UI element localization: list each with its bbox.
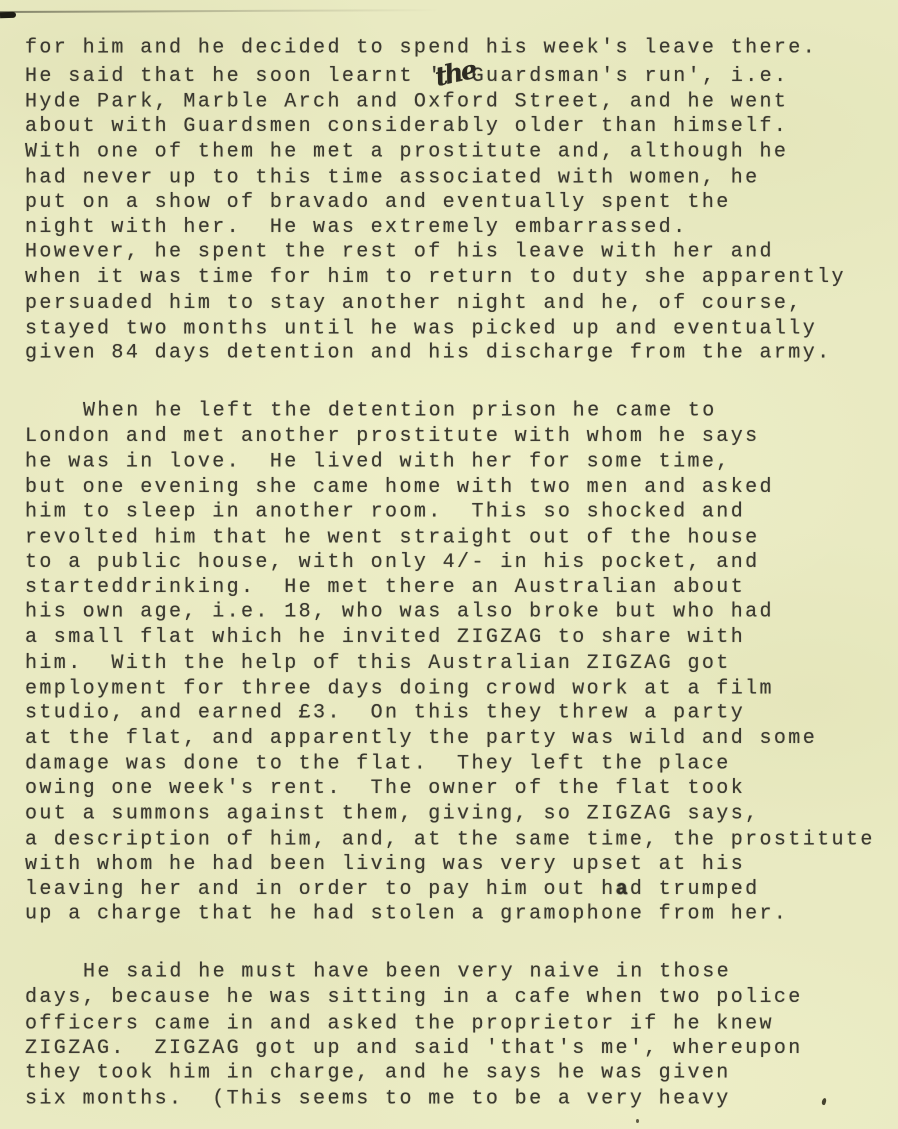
text-line: a description of him, and, at the same t…: [25, 827, 885, 852]
scan-edge-mark: [0, 12, 16, 19]
text-line: out a summons against them, giving, so Z…: [25, 801, 885, 826]
handwritten-insertion: the: [433, 58, 477, 91]
typewritten-text: with whom he had been living was very up…: [25, 853, 745, 876]
text-line: six months. (This seems to me to be a ve…: [25, 1086, 885, 1111]
typewritten-text: employment for three days doing crowd wo…: [25, 677, 774, 700]
typewritten-text: his own age, i.e. 18, who was also broke…: [25, 601, 774, 624]
text-line: but one evening she came home with two m…: [25, 475, 885, 500]
text-line: He said he must have been very naive in …: [25, 960, 885, 985]
typewritten-text: starteddrinking. He met there an Austral…: [25, 576, 745, 599]
typewritten-text: damage was done to the flat. They left t…: [25, 753, 731, 776]
typewritten-text: However, he spent the rest of his leave …: [25, 241, 774, 264]
typewritten-text: he was in love. He lived with her for so…: [25, 451, 731, 474]
text-line: damage was done to the flat. They left t…: [25, 752, 885, 777]
text-line: up a charge that he had stolen a gramoph…: [25, 902, 885, 927]
text-line: ZIGZAG. ZIGZAG got up and said 'that's m…: [25, 1036, 885, 1061]
typewritten-text: out a summons against them, giving, so Z…: [25, 802, 760, 825]
text-line: they took him in charge, and he says he …: [25, 1061, 885, 1086]
typewritten-text: they took him in charge, and he says he …: [25, 1062, 731, 1085]
typewritten-text: had never up to this time associated wit…: [25, 166, 760, 189]
text-line: London and met another prostitute with w…: [25, 424, 885, 449]
typewritten-text: to a public house, with only 4/- in his …: [25, 551, 760, 574]
text-line: when it was time for him to return to du…: [25, 265, 885, 290]
text-line: owing one week's rent. The owner of the …: [25, 776, 885, 801]
document-text: for him and he decided to spend his week…: [25, 36, 885, 1111]
overstruck-character: a: [615, 878, 629, 901]
typewritten-text: d trumped: [630, 878, 760, 901]
typewritten-text: six months. (This seems to me to be a ve…: [25, 1087, 731, 1110]
paragraph: for him and he decided to spend his week…: [25, 36, 885, 366]
typewritten-text: up a charge that he had stolen a gramoph…: [25, 903, 788, 926]
text-line: night with her. He was extremely embarra…: [25, 215, 885, 240]
text-line: He said that he soon learnt 'theGuardsma…: [25, 61, 885, 89]
text-line: with whom he had been living was very up…: [25, 852, 885, 877]
typewritten-text: days, because he was sitting in a cafe w…: [25, 986, 803, 1009]
text-line: a small flat which he invited ZIGZAG to …: [25, 625, 885, 650]
typewritten-text: about with Guardsmen considerably older …: [25, 115, 788, 138]
ink-speck: [636, 1119, 639, 1123]
text-line: his own age, i.e. 18, who was also broke…: [25, 600, 885, 625]
document-page: for him and he decided to spend his week…: [0, 0, 898, 1129]
typewritten-text: ZIGZAG. ZIGZAG got up and said 'that's m…: [25, 1037, 803, 1060]
typewritten-text: a description of him, and, at the same t…: [25, 828, 875, 851]
typewritten-text: studio, and earned £3. On this they thre…: [25, 702, 745, 725]
typewritten-text: Guardsman's run', i.e.: [472, 65, 789, 88]
text-line: Hyde Park, Marble Arch and Oxford Street…: [25, 90, 885, 115]
text-line: days, because he was sitting in a cafe w…: [25, 985, 885, 1010]
typewritten-text: owing one week's rent. The owner of the …: [25, 777, 745, 800]
text-line: officers came in and asked the proprieto…: [25, 1011, 885, 1036]
typewritten-text: him to sleep in another room. This so sh…: [25, 500, 745, 523]
text-line: him. With the help of this Australian ZI…: [25, 651, 885, 676]
text-line: employment for three days doing crowd wo…: [25, 676, 885, 701]
text-line: stayed two months until he was picked up…: [25, 316, 885, 341]
typewritten-text: put on a show of bravado and eventually …: [25, 191, 731, 214]
text-line: at the flat, and apparently the party wa…: [25, 726, 885, 751]
text-line: to a public house, with only 4/- in his …: [25, 550, 885, 575]
text-line: starteddrinking. He met there an Austral…: [25, 575, 885, 600]
typewritten-text: leaving her and in order to pay him out …: [25, 878, 615, 901]
typewritten-text: when it was time for him to return to du…: [25, 266, 846, 289]
text-line: had never up to this time associated wit…: [25, 165, 885, 190]
text-line: he was in love. He lived with her for so…: [25, 450, 885, 475]
text-line: When he left the detention prison he cam…: [25, 399, 885, 424]
text-line: revolted him that he went straight out o…: [25, 525, 885, 550]
text-line: However, he spent the rest of his leave …: [25, 240, 885, 265]
text-line: persuaded him to stay another night and …: [25, 291, 885, 316]
text-line: studio, and earned £3. On this they thre…: [25, 701, 885, 726]
typewritten-text: for him and he decided to spend his week…: [25, 37, 817, 60]
typewritten-text: him. With the help of this Australian ZI…: [25, 652, 731, 675]
text-line: With one of them he met a prostitute and…: [25, 139, 885, 164]
paragraph: When he left the detention prison he cam…: [25, 399, 885, 927]
typewritten-text: When he left the detention prison he cam…: [83, 400, 717, 423]
text-line: put on a show of bravado and eventually …: [25, 190, 885, 215]
text-line: given 84 days detention and his discharg…: [25, 341, 885, 366]
typewritten-text: officers came in and asked the proprieto…: [25, 1012, 774, 1035]
typewritten-text: With one of them he met a prostitute and…: [25, 140, 788, 163]
paragraph: He said he must have been very naive in …: [25, 960, 885, 1111]
typewritten-text: He said that he soon learnt ': [25, 65, 443, 88]
typewritten-text: stayed two months until he was picked up…: [25, 317, 817, 340]
typewritten-text: London and met another prostitute with w…: [25, 425, 760, 448]
typewritten-text: He said he must have been very naive in …: [83, 961, 731, 984]
typewritten-text: at the flat, and apparently the party wa…: [25, 727, 817, 750]
typewritten-text: Hyde Park, Marble Arch and Oxford Street…: [25, 91, 788, 114]
typewritten-text: revolted him that he went straight out o…: [25, 526, 760, 549]
text-line: about with Guardsmen considerably older …: [25, 114, 885, 139]
text-line: him to sleep in another room. This so sh…: [25, 499, 885, 524]
typewritten-text: given 84 days detention and his discharg…: [25, 342, 832, 365]
typewritten-text: but one evening she came home with two m…: [25, 476, 774, 499]
typewritten-text: a small flat which he invited ZIGZAG to …: [25, 626, 745, 649]
text-line: leaving her and in order to pay him out …: [25, 877, 885, 902]
text-line: for him and he decided to spend his week…: [25, 36, 885, 61]
typewritten-text: persuaded him to stay another night and …: [25, 292, 803, 315]
typewritten-text: night with her. He was extremely embarra…: [25, 216, 688, 239]
scan-edge-line: [0, 9, 440, 13]
